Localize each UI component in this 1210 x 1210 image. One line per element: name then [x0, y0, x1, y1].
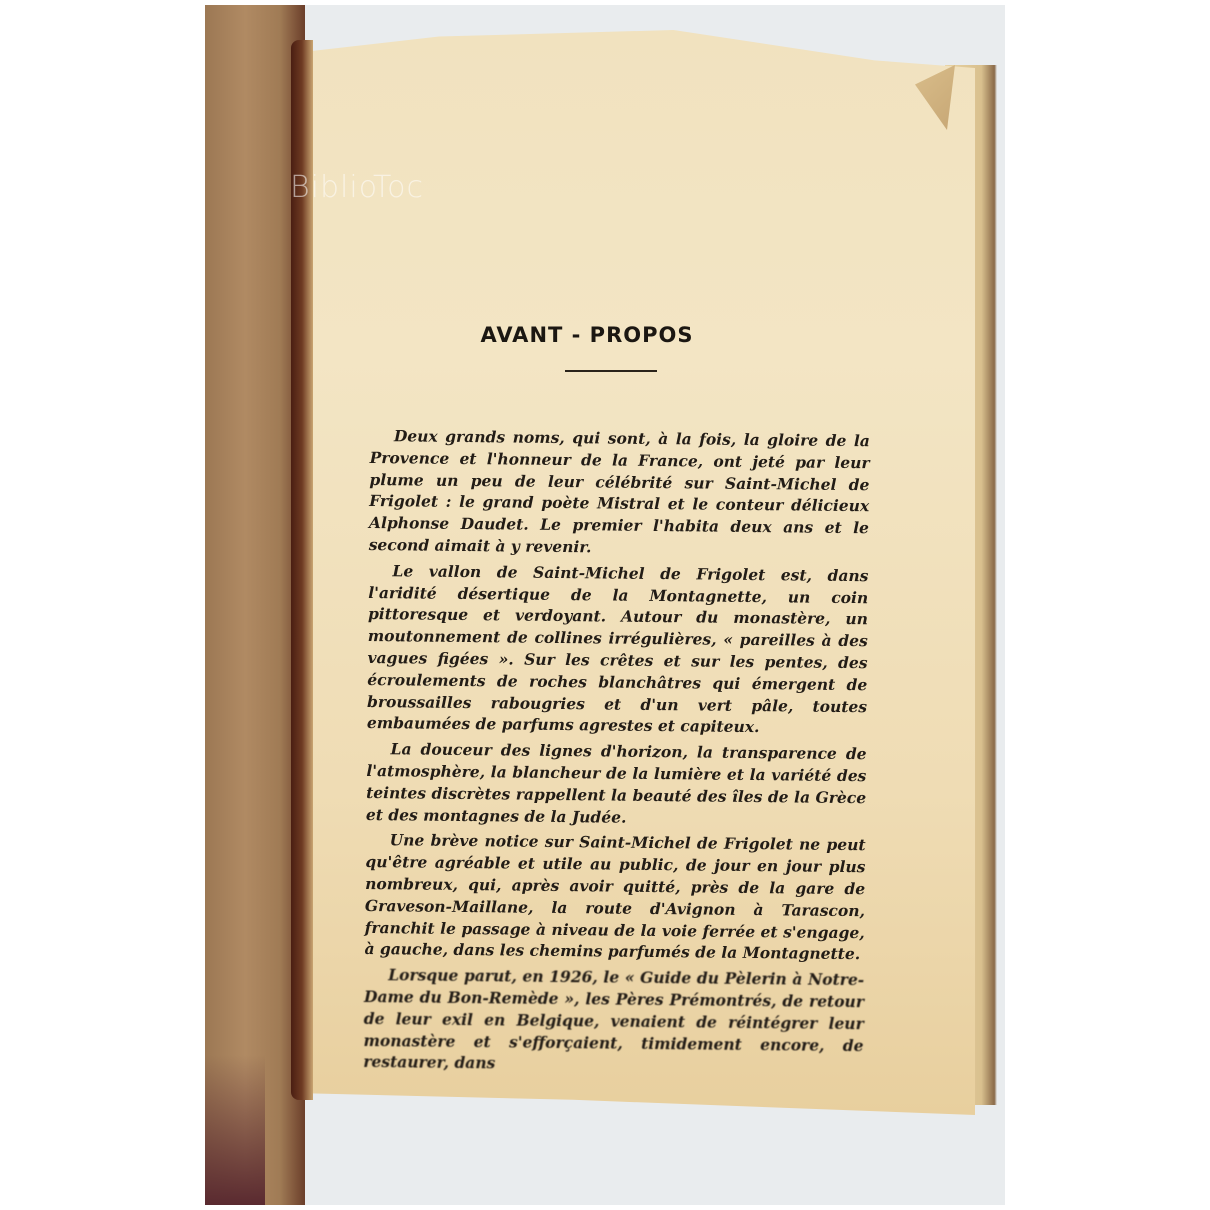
watermark: BiblioToc — [290, 170, 424, 205]
paragraph: Lorsque parut, en 1926, le « Guide du Pè… — [363, 964, 864, 1078]
cover-shadow — [205, 1055, 265, 1205]
title-underline — [565, 370, 657, 372]
paragraph: Une brève notice sur Saint-Michel de Fri… — [364, 829, 865, 965]
paragraph: La douceur des lignes d'horizon, la tran… — [366, 738, 867, 830]
paragraph: Le vallon de Saint-Michel de Frigolet es… — [367, 560, 869, 740]
page-title: AVANT - PROPOS — [0, 323, 1192, 347]
body-text: Deux grands noms, qui sont, à la fois, l… — [363, 425, 870, 1082]
paragraph: Deux grands noms, qui sont, à la fois, l… — [369, 425, 870, 561]
